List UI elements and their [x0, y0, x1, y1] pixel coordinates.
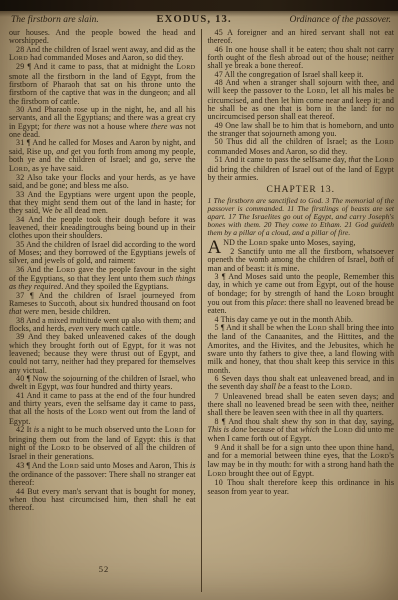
chapter-summary: 1 The firstborn are sanctified to God. 3…: [208, 197, 395, 237]
verse-39: 39 And they baked unleavened cakes of th…: [9, 333, 196, 375]
verse-46: 46 In one house shall it be eaten; thou …: [208, 46, 395, 71]
verse-37: 37 ¶ And the children of Israel journeye…: [9, 292, 196, 317]
verse-38: 38 And a mixed multitude went up also wi…: [9, 317, 196, 334]
drop-cap-letter: A: [208, 239, 224, 256]
page-number: 52: [9, 564, 199, 574]
running-head-title: EXODUS, 13.: [156, 14, 231, 25]
verse-48: 48 And when a stranger shall sojourn wit…: [208, 79, 395, 122]
verse-45: 45 A foreigner and an hired servant shal…: [208, 29, 395, 46]
verse-29: 29 ¶ And it came to pass, that at midnig…: [9, 63, 196, 106]
verse-42: 42 It is a night to be much observed unt…: [9, 426, 196, 461]
bible-page-scan: The firstborn are slain. EXODUS, 13. Ord…: [0, 0, 398, 600]
verse-30: 30 And Pharaoh rose up in the night, he,…: [9, 106, 196, 139]
verse-32: 32 Also take your flocks and your herds,…: [9, 174, 196, 191]
running-head-left: The firstborn are slain.: [11, 15, 99, 26]
book-top-edge: [0, 0, 398, 11]
verse-50: 50 Thus did all the children of Israel; …: [208, 138, 395, 156]
verse-36: 36 And the LORD gave the people favour i…: [9, 266, 196, 292]
verse-6: 6 Seven days thou shalt eat unleavened b…: [208, 375, 395, 393]
verse-3: 3 ¶ And Moses said unto the people, Reme…: [208, 273, 395, 316]
text-columns: our houses. And the people bowed the hea…: [9, 29, 394, 592]
running-head: The firstborn are slain. EXODUS, 13. Ord…: [11, 14, 391, 26]
verse-7: 7 Unleavened bread shall be eaten seven …: [208, 393, 395, 418]
verse-43: 43 ¶ And the LORD said unto Moses and Aa…: [9, 462, 196, 488]
verse-2: 2 Sanctify unto me all the firstborn, wh…: [208, 248, 395, 273]
verse-8: 8 ¶ And thou shalt shew thy son in that …: [208, 418, 395, 444]
verse-10: 10 Thou shalt therefore keep this ordina…: [208, 479, 395, 496]
verse-34: 34 And the people took their dough befor…: [9, 216, 196, 241]
verse-49: 49 One law shall be to him that is homeb…: [208, 122, 395, 139]
continued-text: our houses. And the people bowed the hea…: [9, 29, 196, 46]
left-column: our houses. And the people bowed the hea…: [9, 29, 201, 592]
chapter-heading: CHAPTER 13.: [208, 186, 395, 194]
verse-35: 35 And the children of Israel did accord…: [9, 241, 196, 266]
verse-9: 9 And it shall be for a sign unto thee u…: [208, 444, 395, 479]
verse-44: 44 But every man's servant that is bough…: [9, 488, 196, 513]
right-column: 45 A foreigner and an hired servant shal…: [201, 29, 395, 592]
verse-31: 31 ¶ And he called for Moses and Aaron b…: [9, 139, 196, 173]
verse-40: 40 ¶ Now the sojourning of the children …: [9, 375, 196, 392]
verse-5: 5 ¶ And it shall be when the LORD shall …: [208, 324, 395, 375]
verse-41: 41 And it came to pass at the end of the…: [9, 392, 196, 426]
running-head-right: Ordinance of the passover.: [289, 15, 391, 26]
verse-33: 33 And the Egyptians were urgent upon th…: [9, 191, 196, 216]
verse-51: 51 And it came to pass the selfsame day,…: [208, 156, 395, 182]
verse-28: 28 And the children of Israel went away,…: [9, 46, 196, 64]
